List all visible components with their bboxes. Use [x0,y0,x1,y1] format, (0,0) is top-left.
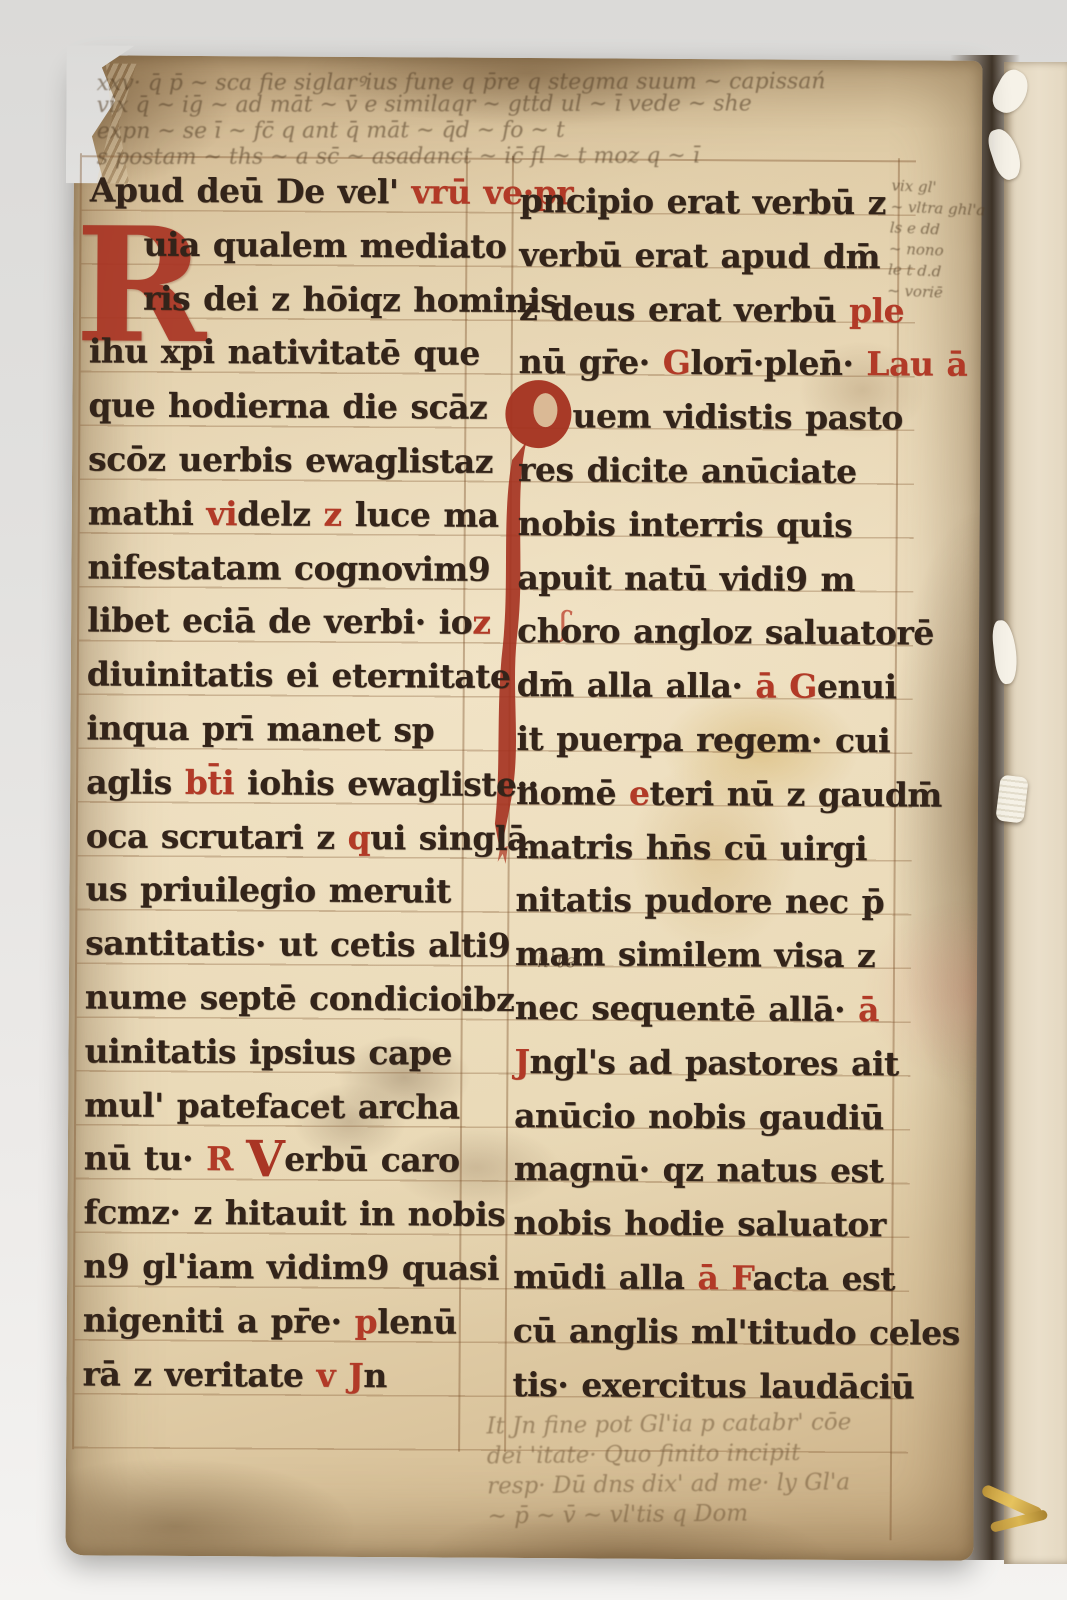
annotation-line: expn ~ se ī ~ fc̄ q ant q̄ māt ~ q̄d ~ f… [97,118,565,144]
rubric-segment: V [246,1130,285,1189]
rubric-segment: F [731,1258,752,1297]
manuscript-text-line: z deus erat verbū ple [519,286,904,334]
text-segment: us priuilegio meruit [85,870,451,911]
rubric-segment: ple [849,291,904,330]
manuscript-text-line: rā z veritate v Jn [82,1351,387,1399]
text-segment: nobis hodie saluator [513,1203,886,1244]
manuscript-text-line: matris hn̄s cū uirgi [516,824,867,872]
text-segment: nū gr̄e· [519,342,663,382]
text-segment: rā z veritate [82,1354,316,1394]
annotation-line: ls e dd [889,218,940,238]
annotation-line: vix gl' [891,176,937,196]
annotation-line: It Jn fine pot Gl'ia p catabr' cōe [486,1409,851,1439]
manuscript-text-line: nigeniti a pr̄e· plenū [83,1297,457,1345]
text-segment: ihu xpi nativitatē que [89,332,480,373]
text-segment: cū anglis ml'titudo celes [513,1311,960,1353]
text-segment: luce ma [342,495,499,535]
manuscript-text-line: mūdi alla ā Facta est [513,1254,895,1302]
text-segment: ris dei z hōiqz hominis [143,278,558,320]
manuscript-text-line: uia qualem mediato [89,221,506,270]
rubric-segment: J [348,1356,363,1395]
text-segment: delz [237,494,324,534]
text-segment: pncipio erat verbū z [520,181,886,222]
text-segment: diuinitatis ei eternitate [87,655,511,697]
manuscript-text-line: nobis hodie saluator [513,1200,886,1248]
text-segment: ngl's ad pastores ait [529,1042,898,1083]
manuscript-text-line: Apud deū De vel' vrū ve·pr [90,167,574,216]
manuscript-text-line: fcmz· z hitauit in nobis [83,1190,505,1239]
text-segment: enui [817,667,897,706]
text-segment: lenū [377,1302,457,1341]
rubric-segment: e [629,773,650,812]
manuscript-text-line: diuinitatis ei eternitate [87,652,511,701]
top-marginalia: xxv· q̄ p̄ ~ sca fie siglarꝰius fune q p… [97,65,957,67]
text-segment: que hodierna die scāz [88,386,487,427]
manuscript-text-line: nume septē condicioibz [85,974,515,1023]
rubric-segment: R [206,1139,246,1178]
manuscript-text-line: us priuilegio meruit [85,867,451,915]
rubric-segment: vi [206,494,237,533]
text-segment: matris hn̄s cū uirgi [516,827,867,868]
manuscript-text-line: mathi videlz z luce ma [88,490,499,539]
text-segment: santitatis· ut cetis alti9 [85,924,510,966]
manuscript-text-line: mam similem visa z [515,931,875,979]
text-segment: iohis ewagliste·· [234,763,539,804]
text-segment: nume septē condicioibz [85,977,515,1019]
manuscript-text-line: nomē eteri nū z gaudm̄ [516,770,942,819]
text-segment: verbū erat apud dm̄ [519,235,880,276]
manuscript-text-line: nitatis pudore nec p̄ [515,877,884,925]
text-segment: scōz uerbis ewaglistaz [88,439,493,480]
text-segment: mathi [88,493,207,533]
rubric-segment: bt̄i [185,763,235,802]
text-segment: magnū· qz natus est [514,1149,884,1190]
rubric-segment: v [316,1355,348,1394]
text-segment: nomē [516,773,629,813]
text-segment: nitatis pudore nec p̄ [515,880,884,921]
text-segment: oca scrutari z [86,816,348,857]
manuscript-text-line: res dicite anūciate [518,447,857,495]
manuscript-text-line: nifestatam cognovim9 [87,544,490,592]
annotation-line: ~ p̄ ~ v̄ ~ vl'tis q Dom [487,1500,748,1529]
rubric-segment: z [472,603,490,642]
annotation-line: ~ nono [889,239,944,259]
manuscript-text-line: anūcio nobis gaudiū [514,1093,884,1141]
rubric-segment: ā [755,667,789,706]
annotation-line: dei 'itate· Quo finito incipit [487,1440,801,1470]
manuscript-text-line: dm̄ alla alla· ā Genui [517,662,897,710]
manuscript-text-line: pncipio erat verbū z [520,178,886,226]
text-segment: nū tu· [84,1139,206,1179]
manuscript-text-line: verbū erat apud dm̄ [519,232,880,280]
manuscript-text-line: nū tu· R Verbū caro [84,1136,460,1184]
text-segment: Apud deū De vel' [90,170,412,211]
manuscript-text-line: nobis interris quis [518,501,853,549]
text-segment: nigeniti a pr̄e· [83,1300,355,1341]
manuscript-text-line: scōz uerbis ewaglistaz [88,436,493,484]
rubric-segment: ā [858,990,879,1029]
manuscript-page: xxv· q̄ p̄ ~ sca fie siglarꝰius fune q p… [65,55,982,1561]
manuscript-text-line: magnū· qz natus est [514,1146,884,1194]
manuscript-text-line: tis· exercitus laudāciū [512,1362,914,1410]
text-segment: ui singlā [370,818,528,858]
text-segment: n [363,1356,387,1395]
text-segment: mul' patefacet archa [84,1085,460,1126]
text-column-right: pncipio erat verbū zverbū erat apud dm̄z… [520,178,906,180]
annotation-line: ~ vltra ghl'a [890,197,985,219]
text-segment: mam similem visa z [515,934,875,975]
rubric-segment: q [347,818,370,857]
text-segment: choro angloz saluatorē [517,611,934,653]
manuscript-text-line: inqua prī manet sp [86,705,434,753]
manuscript-text-line: uem vidistis pasto [518,393,903,441]
text-segment: acta est [752,1258,895,1298]
rubric-segment: G [663,343,691,382]
manuscript-text-line: nū gr̄e· Glorī·plen̄· Lau ā [519,339,968,388]
photo-background: xxv· q̄ p̄ ~ sca fie siglarꝰius fune q p… [0,0,1067,1600]
manuscript-text-line: aglis bt̄i iohis ewagliste·· [86,759,539,808]
manuscript-text-line: it puerpa regem· cui [516,716,890,764]
text-segment: n9 gl'iam vidim9 quasi [83,1246,499,1288]
manuscript-text-line: libet eciā de verbi· ioz [87,598,491,646]
annotation-line: le t d.d [888,260,942,280]
text-segment: aglis [86,762,185,802]
manuscript-text-line: n9 gl'iam vidim9 quasi [83,1243,499,1292]
manuscript-text-line: uinitatis ipsius cape [84,1028,452,1076]
rubric-segment: p [354,1302,377,1341]
manuscript-text-line: oca scrutari z qui singlā [86,813,528,862]
manuscript-text-line: choro angloz saluatorē [517,608,934,657]
text-segment: libet eciā de verbi· io [87,601,472,642]
text-segment: dm̄ alla alla· [517,665,756,705]
annotation-line: vix q̄ ~ iḡ ~ ad māt ~ v̄ e similaqr ~ g… [97,91,752,118]
text-segment: it puerpa regem· cui [516,719,890,760]
right-marginalia: vix gl'~ vltra ghl'als e dd~ nonole t d.… [892,176,992,180]
text-segment: z deus erat verbū [519,289,849,330]
text-segment: uinitatis ipsius cape [84,1031,452,1072]
text-segment: inqua prī manet sp [86,708,434,749]
manuscript-text-line: que hodierna die scāz [88,383,487,431]
rubric-segment: J [514,1042,529,1081]
text-segment: uem vidistis pasto [572,396,903,437]
manuscript-text-line: santitatis· ut cetis alti9 [85,921,510,970]
rubric-segment: z [323,495,341,534]
text-segment: nifestatam cognovim9 [87,547,490,588]
text-segment: apuit natū vidi9 m [517,558,855,599]
manuscript-text-line: ihu xpi nativitatē que [89,329,480,377]
text-segment: mūdi alla [513,1257,698,1297]
rubric-segment: Lau ā [866,344,967,384]
text-segment: nobis interris quis [518,504,853,545]
manuscript-text-line: cū anglis ml'titudo celes [513,1308,960,1357]
sewing-thread [995,774,1028,823]
annotation-line: resp· Dū dns dix' ad me· ly Gl'a [487,1469,850,1499]
text-segment: erbū caro [284,1140,460,1180]
manuscript-text-line: nec sequentē allā· ā [515,985,879,1033]
text-segment: lorī·plen̄· [690,343,866,383]
text-segment: tis· exercitus laudāciū [512,1365,914,1406]
rubric-segment: ā [697,1258,731,1297]
text-segment: teri nū z gaudm̄ [649,774,942,815]
text-segment: fcmz· z hitauit in nobis [83,1193,505,1235]
text-segment: res dicite anūciate [518,450,857,491]
text-segment: uia qualem mediato [143,224,506,265]
manuscript-text-line: ris dei z hōiqz hominis [89,275,559,324]
manuscript-text-line: Jngl's ad pastores ait [514,1039,899,1087]
text-segment: nec sequentē allā· [515,988,858,1029]
text-segment: anūcio nobis gaudiū [514,1096,884,1137]
rubric-segment: G [789,667,817,706]
bottom-annotation: It Jn fine pot Gl'ia p catabr' cōedei 'i… [486,1409,906,1414]
manuscript-text-line: apuit natū vidi9 m [517,555,855,603]
manuscript-text-line: mul' patefacet archa [84,1082,460,1130]
annotation-line: s postam ~ ths ~ a sc̄ ~ asadanct ~ ic̄ … [97,144,700,171]
